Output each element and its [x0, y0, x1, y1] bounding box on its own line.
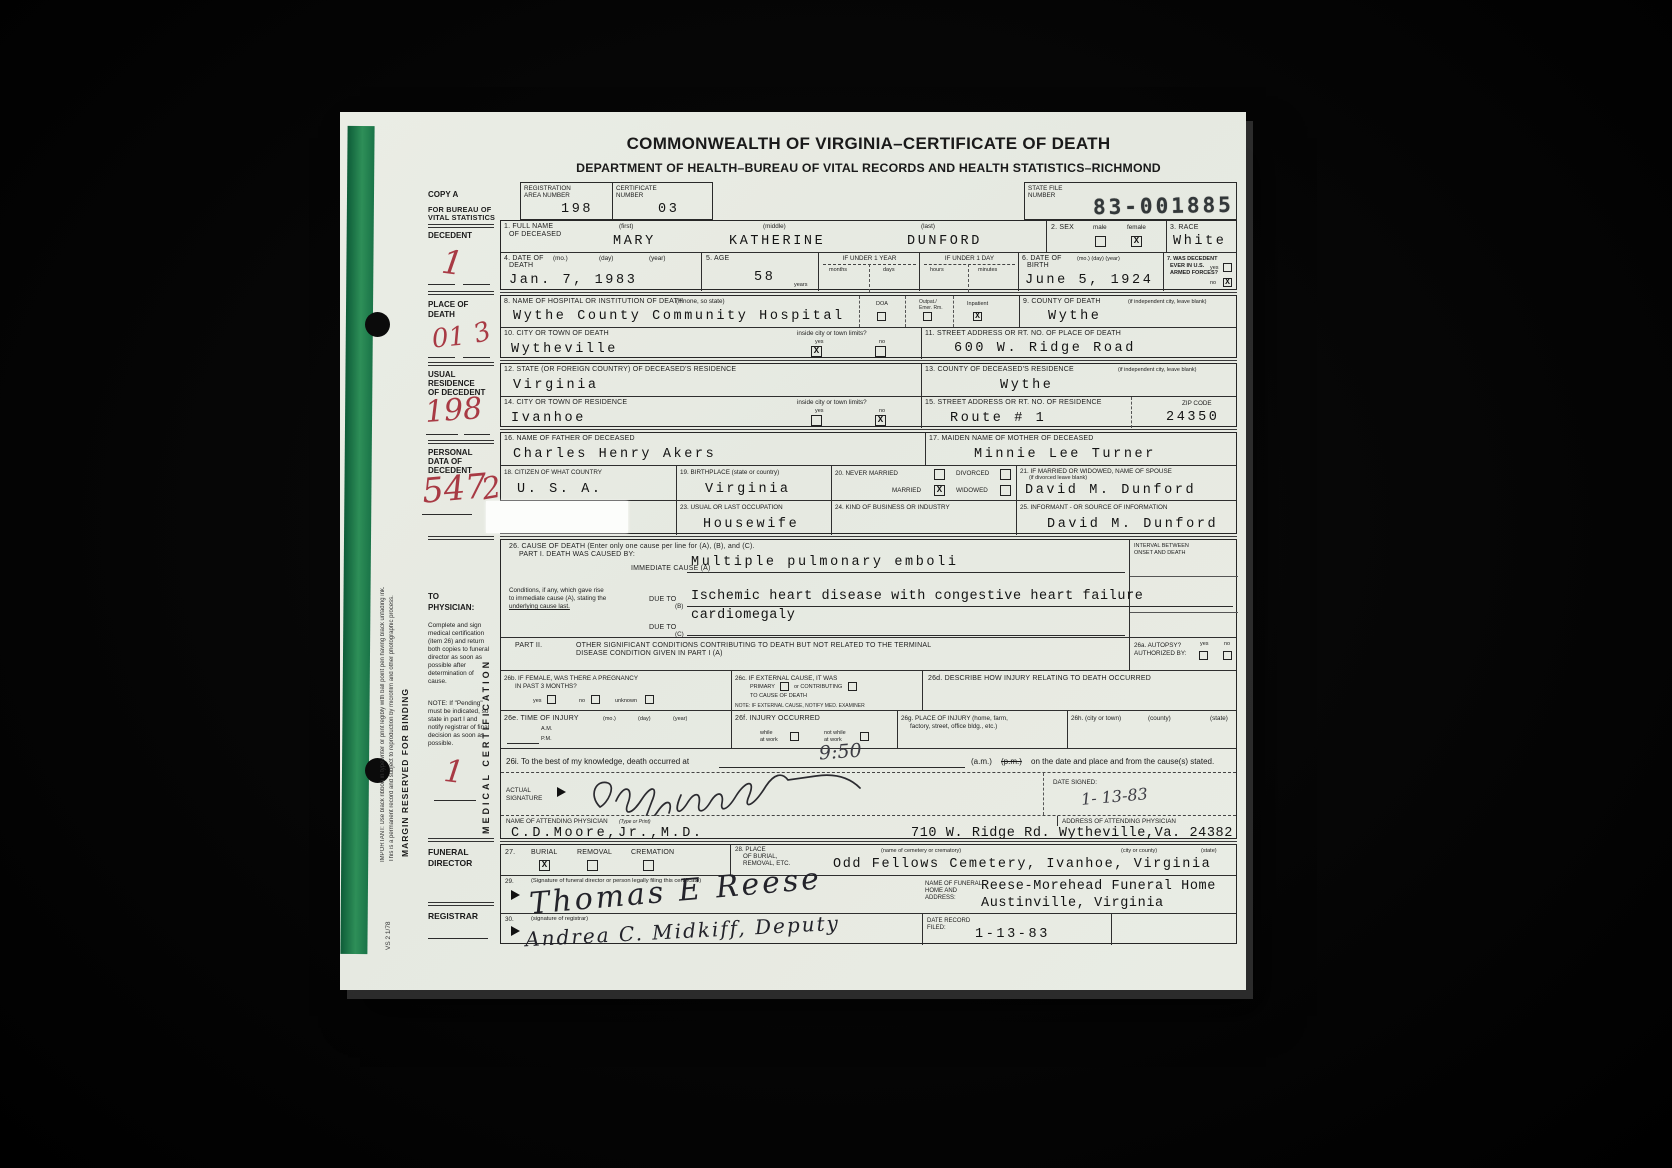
certificate-number-box: CERTIFICATE NUMBER 03 [612, 182, 713, 220]
photo-background: IMPORTANT: Use black ribbon in typewrite… [0, 0, 1672, 1168]
race-value: White [1173, 234, 1227, 249]
county-of-residence-value: Wythe [1000, 378, 1054, 393]
time-of-death-handwritten: 9:50 [818, 742, 862, 764]
injury-while-at-work-checkbox [790, 732, 799, 741]
empty-registrar-cell [1111, 914, 1238, 945]
field-place-of-injury: 26g. PLACE OF INJURY (home, farm, factor… [897, 711, 1067, 748]
physician-signature-scrawl [586, 773, 956, 816]
date-signed-handwritten: 1- 13-83 [1080, 786, 1148, 808]
field-injury-description: 26d. DESCRIBE HOW INJURY RELATING TO DEA… [922, 671, 1238, 710]
handwritten-mark: 01 [431, 323, 467, 352]
hospital-value: Wythe County Community Hospital [513, 309, 845, 324]
sex-male-checkbox [1095, 236, 1106, 247]
married-checkbox: X [934, 485, 945, 496]
field-city-of-death: 10. CITY OR TOWN OF DEATH Wytheville ins… [501, 328, 921, 359]
sidebar-personal-data-1: PERSONAL [428, 448, 472, 457]
form-number: VS 2 1/78 [385, 880, 393, 950]
field-street-of-death: 11. STREET ADDRESS OR RT. NO. OF PLACE O… [921, 328, 1238, 359]
row-funeral-director: 29. (Signature of funeral director or pe… [501, 875, 1236, 913]
field-if-under-1-year: IF UNDER 1 YEAR months days [818, 253, 919, 291]
state-of-residence-value: Virginia [513, 378, 599, 393]
page-title: COMMONWEALTH OF VIRGINIA–CERTIFICATE OF … [500, 139, 1237, 148]
sidebar-residence-2: RESIDENCE [428, 379, 475, 388]
field-sex: 2. SEX male female X [1046, 221, 1166, 252]
removal-checkbox [587, 860, 598, 871]
full-name-last: DUNFORD [907, 234, 982, 249]
sidebar-physician-instructions: Complete and sign medical certification … [428, 622, 494, 686]
sidebar-pending-note: NOTE: If "Pending" must be indicated, so… [428, 700, 494, 748]
external-contributing-checkbox [848, 682, 857, 691]
date-of-death-value: Jan. 7, 1983 [509, 273, 637, 288]
row-physician-signature: ACTUAL SIGNATURE DATE SIGNED: 1- 13-83 [501, 772, 1236, 815]
divorced-checkbox [1000, 469, 1011, 480]
field-race: 3. RACE White [1166, 221, 1238, 252]
arrow-icon [511, 926, 520, 936]
row-26b: 26b. IF FEMALE, WAS THERE A PREGNANCY IN… [501, 670, 1236, 710]
birthplace-value: Virginia [705, 482, 791, 497]
section-medical-certification: 26. CAUSE OF DEATH (Enter only one cause… [500, 539, 1237, 839]
row-registrar: 30. (signature of registrar) Andrea C. M… [501, 913, 1236, 945]
field-injury-occurred: 26f. INJURY OCCURRED while at work not w… [731, 711, 897, 748]
physician-address-value: 710 W. Ridge Rd. Wytheville,Va. 24382 [911, 826, 1233, 841]
field-state-of-residence: 12. STATE (OR FOREIGN COUNTRY) OF DECEAS… [501, 364, 921, 396]
funeral-home-name: Reese-Morehead Funeral Home [981, 879, 1216, 894]
field-age: 5. AGE 58 years [701, 253, 818, 291]
sidebar-personal-data-2: DATA OF [428, 457, 462, 466]
margin-binding-label: MARGIN RESERVED FOR BINDING [400, 567, 410, 857]
certificate-document: IMPORTANT: Use black ribbon in typewrite… [340, 112, 1246, 990]
field-birthplace: 19. BIRTHPLACE (state or country) Virgin… [676, 466, 831, 500]
field-citizenship: 18. CITIZEN OF WHAT COUNTRY U. S. A. [501, 466, 676, 500]
copy-label: COPY A [428, 190, 458, 199]
sidebar-place-of-death-2: DEATH [428, 310, 455, 319]
pm-struck-out: (p.m.) [1001, 757, 1022, 766]
autopsy-no-checkbox [1223, 651, 1232, 660]
sidebar-place-of-death-1: PLACE OF [428, 300, 468, 309]
section-funeral: 27. BURIAL REMOVAL CREMATION X 28. PLACE… [500, 844, 1237, 944]
pregnancy-unknown-checkbox [645, 695, 654, 704]
widowed-checkbox [1000, 485, 1011, 496]
city-of-death-value: Wytheville [511, 342, 618, 357]
field-hospital: 8. NAME OF HOSPITAL OR INSTITUTION OF DE… [501, 296, 1019, 327]
arrow-icon [511, 890, 520, 900]
physician-name-value: C.D.Moore,Jr.,M.D. [511, 826, 704, 841]
field-marital-status: 20. NEVER MARRIED DIVORCED MARRIED X WID… [831, 466, 1016, 500]
injury-not-while-at-work-checkbox [860, 732, 869, 741]
death-city-limits-yes-checkbox: X [811, 346, 822, 357]
field-father-name: 16. NAME OF FATHER OF DECEASED Charles H… [501, 433, 925, 465]
row-attending-physician: NAME OF ATTENDING PHYSICIAN (Type or Pri… [501, 815, 1236, 840]
field-informant: 25. INFORMANT - OR SOURCE OF INFORMATION… [1016, 501, 1238, 535]
field-injury-location: 26h. (city or town) (county) (state) [1067, 711, 1238, 748]
inpatient-checkbox: X [973, 312, 982, 321]
field-business-industry: 24. KIND OF BUSINESS OR INDUSTRY [831, 501, 1016, 535]
citizenship-value: U. S. A. [517, 482, 603, 497]
informant-value: David M. Dunford [1047, 517, 1218, 532]
age-value: 58 [754, 270, 775, 285]
field-date-of-birth: 6. DATE OF (mo.) (day) (year) BIRTH June… [1018, 253, 1163, 291]
death-city-limits-no-checkbox [875, 346, 886, 357]
cremation-checkbox [643, 860, 654, 871]
place-of-burial-value: Odd Fellows Cemetery, Ivanhoe, Virginia [833, 857, 1211, 872]
sidebar-registrar: REGISTRAR [428, 912, 478, 921]
field-city-of-residence: 14. CITY OR TOWN OF RESIDENCE Ivanhoe in… [501, 397, 921, 428]
sidebar-decedent: DECEDENT [428, 231, 472, 240]
margin-important-note-2: This is a permanent record and subject t… [389, 422, 396, 862]
occupation-value: Housewife [703, 517, 799, 532]
field-autopsy: 26a. AUTOPSY? AUTHORIZED BY: yes no [1129, 638, 1238, 670]
outpatient-checkbox [923, 312, 932, 321]
white-out-correction [486, 501, 628, 533]
residence-city-limits-yes-checkbox [811, 415, 822, 426]
field-armed-forces: 7. WAS DECEDENT EVER IN U.S. ARMED FORCE… [1163, 253, 1238, 291]
autopsy-yes-checkbox [1199, 651, 1208, 660]
armed-forces-yes-checkbox [1223, 263, 1232, 272]
sidebar-residence-1: USUAL [428, 370, 456, 379]
punch-hole [365, 312, 390, 337]
external-primary-checkbox [780, 682, 789, 691]
handwritten-mark: 547 [421, 469, 489, 509]
field-spouse-name: 21. IF MARRIED OR WIDOWED, NAME OF SPOUS… [1016, 466, 1238, 500]
row-26e: 26e. TIME OF INJURY (mo.) (day) (year) A… [501, 710, 1236, 748]
date-record-filed-value: 1-13-83 [975, 927, 1050, 942]
field-county-of-residence: 13. COUNTY OF DECEASED'S RESIDENCE (if i… [921, 364, 1238, 396]
sex-female-checkbox: X [1131, 236, 1142, 247]
handwritten-mark: 3 [470, 318, 494, 348]
field-disposition: 27. BURIAL REMOVAL CREMATION X [501, 845, 730, 875]
registration-area-value: 198 [561, 202, 593, 217]
page-subtitle: DEPARTMENT OF HEALTH–BUREAU OF VITAL REC… [500, 164, 1237, 173]
doa-checkbox [877, 312, 886, 321]
sidebar-to-physician-1: TO [428, 592, 439, 601]
margin-important-note-1: IMPORTANT: Use black ribbon in typewrite… [380, 412, 387, 862]
field-date-of-death: 4. DATE OF (mo.) (day) (year) DEATH Jan.… [501, 253, 701, 291]
field-occupation: 23. USUAL OR LAST OCCUPATION Housewife [676, 501, 831, 535]
row-26i: 26i. To the best of my knowledge, death … [501, 748, 1236, 772]
full-name-middle: KATHERINE [729, 234, 825, 249]
county-of-death-value: Wythe [1048, 309, 1102, 324]
burial-checkbox: X [539, 860, 550, 871]
field-time-of-injury: 26e. TIME OF INJURY (mo.) (day) (year) A… [501, 711, 731, 748]
handwritten-mark: 1 [440, 245, 465, 281]
state-file-number-value: 83-001885 [1093, 194, 1234, 218]
handwritten-mark: 198 [424, 394, 483, 428]
handwritten-mark: 1 [442, 756, 465, 789]
certificate-number-value: 03 [658, 202, 679, 217]
sidebar-funeral-director-1: FUNERAL [428, 848, 469, 857]
field-street-of-residence: 15. STREET ADDRESS OR RT. NO. OF RESIDEN… [921, 397, 1131, 428]
arrow-icon [557, 787, 566, 797]
registration-area-box: REGISTRATION AREA NUMBER 198 [520, 182, 613, 220]
never-married-checkbox [934, 469, 945, 480]
pregnancy-no-checkbox [591, 695, 600, 704]
pregnancy-yes-checkbox [547, 695, 556, 704]
date-of-birth-value: June 5, 1924 [1025, 273, 1153, 288]
residence-city-limits-no-checkbox: X [875, 415, 886, 426]
field-mother-name: 17. MAIDEN NAME OF MOTHER OF DECEASED Mi… [925, 433, 1238, 465]
interval-label: INTERVAL BETWEEN [1134, 543, 1189, 550]
green-binding-strip [340, 126, 374, 954]
field-county-of-death: 9. COUNTY OF DEATH (if independent city,… [1019, 296, 1238, 327]
sidebar-to-physician-2: PHYSICIAN: [428, 603, 474, 612]
full-name-first: MARY [613, 234, 656, 249]
mother-name-value: Minnie Lee Turner [974, 447, 1156, 462]
field-pregnancy: 26b. IF FEMALE, WAS THERE A PREGNANCY IN… [501, 671, 731, 710]
field-full-name: 1. FULL NAME OF DECEASED (first) (middle… [501, 221, 1046, 252]
father-name-value: Charles Henry Akers [513, 447, 716, 462]
bureau-label-2: VITAL STATISTICS [428, 214, 495, 223]
spouse-name-value: David M. Dunford [1025, 483, 1196, 498]
part-2-row: PART II. OTHER SIGNIFICANT CONDITIONS CO… [501, 637, 1236, 670]
street-of-death-value: 600 W. Ridge Road [954, 341, 1136, 356]
field-external-cause: 26c. IF EXTERNAL CAUSE, IT WAS PRIMARY o… [731, 671, 922, 710]
section-residence: 12. STATE (OR FOREIGN COUNTRY) OF DECEAS… [500, 363, 1237, 427]
field-zip-code: ZIP CODE 24350 [1131, 397, 1238, 428]
state-file-number-box: STATE FILE NUMBER 83-001885 [1024, 182, 1237, 220]
section-decedent: 1. FULL NAME OF DECEASED (first) (middle… [500, 220, 1237, 290]
street-of-residence-value: Route # 1 [950, 411, 1046, 426]
zip-code-value: 24350 [1166, 410, 1220, 425]
funeral-home-address: Austinville, Virginia [981, 896, 1164, 911]
medical-certification-vertical-label: MEDICAL CERTIFICATION [481, 558, 491, 834]
section-place-of-death: 8. NAME OF HOSPITAL OR INSTITUTION OF DE… [500, 295, 1237, 358]
field-if-under-1-day: IF UNDER 1 DAY hours minutes [919, 253, 1018, 291]
armed-forces-no-checkbox: X [1223, 278, 1232, 287]
city-of-residence-value: Ivanhoe [511, 411, 586, 426]
sidebar-funeral-director-2: DIRECTOR [428, 859, 472, 868]
